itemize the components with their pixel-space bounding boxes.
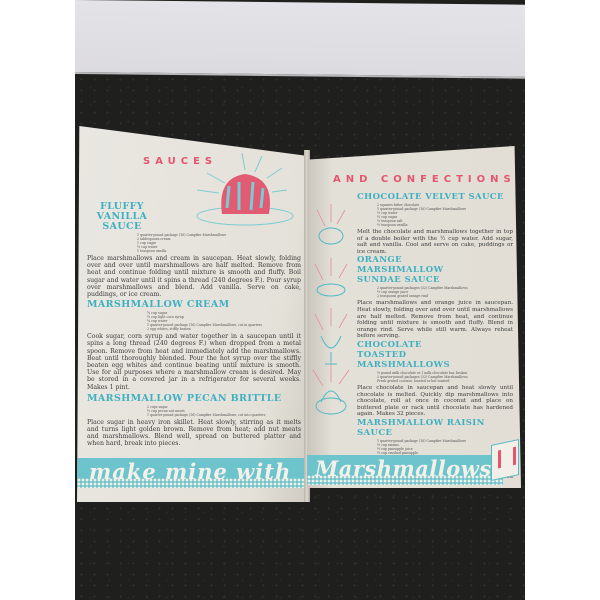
wall-background	[75, 0, 525, 79]
ingredient: 2 teaspoons grated orange rind	[377, 294, 513, 298]
recipe-marshmallow-cream: Marshmallow Cream ¾ cup sugar ½ cup ligh…	[87, 300, 301, 391]
ingredient-list: 2 cups sugar ½ cup pecan nut meats 1 qua…	[87, 405, 301, 417]
ingredient: 1 quarter-pound package (16) Campfire Ma…	[147, 413, 301, 417]
recipe-title: Fluffy Vanilla Sauce	[87, 202, 157, 232]
banner-make-mine-with: make mine with	[77, 458, 309, 488]
recipe-title: Orange Marshmallow Sundae Sauce	[357, 255, 467, 285]
banner-foam	[77, 478, 309, 488]
recipe-title: Chocolate Toasted Marshmallows	[357, 340, 467, 370]
recipe-fluffy-vanilla-sauce: Fluffy Vanilla Sauce 1 quarter-pound pac…	[87, 202, 301, 298]
recipe-title: Marshmallow Raisin Sauce	[357, 418, 513, 438]
recipe-chocolate-velvet-sauce: Chocolate Velvet Sauce 2 squares bitter …	[357, 192, 513, 255]
section-title-confections: AND CONFECTIONS	[333, 174, 516, 185]
ingredient: 1 teaspoon vanilla	[137, 249, 301, 253]
ingredient-list: 1 quarter-pound package (16) Campfire Ma…	[87, 233, 301, 253]
recipe-method: Melt the chocolate and marshmallows toge…	[357, 229, 513, 255]
recipe-method: Place marshmallows and orange juice in s…	[357, 300, 513, 340]
recipe-chocolate-toasted-marshmallows: Chocolate Toasted Marshmallows ½ pound m…	[357, 340, 513, 418]
ingredient-list: ½ pound milk chocolate or 1 milk chocola…	[357, 371, 513, 383]
recipe-orange-marshmallow-sundae-sauce: Orange Marshmallow Sundae Sauce 2 quarte…	[357, 255, 513, 340]
recipe-method: Place sugar in heavy iron skillet. Heat …	[87, 419, 301, 448]
ingredient: ½ teaspoon vanilla	[377, 223, 513, 227]
ingredient-list: ¾ cup sugar ½ cup light corn syrup ¼ cup…	[87, 311, 301, 331]
ingredient: 2 egg whites, stiffly beaten	[147, 327, 301, 331]
recipe-list-left: Fluffy Vanilla Sauce 1 quarter-pound pac…	[87, 202, 301, 448]
left-page: SAUCES Fluffy Vanilla Sauce 1 quarter-po…	[77, 126, 309, 502]
recipe-marshmallow-pecan-brittle: Marshmallow Pecan Brittle 2 cups sugar ½…	[87, 394, 301, 448]
banner-marshmallows: Marshmallows	[307, 455, 503, 485]
right-page: AND CONFECTIONS Chocolate Velvet Sauce 2…	[307, 146, 521, 488]
marshmallow-box-icon	[491, 439, 519, 481]
photo: SAUCES Fluffy Vanilla Sauce 1 quarter-po…	[75, 0, 525, 600]
ingredient-list: 2 squares bitter chocolate 1 quarter-pou…	[357, 203, 513, 227]
recipe-list-right: Chocolate Velvet Sauce 2 squares bitter …	[357, 192, 513, 487]
recipe-method: Place marshmallows and cream in saucepan…	[87, 255, 301, 298]
recipe-method: Cook sugar, corn syrup and water togethe…	[87, 333, 301, 391]
recipe-method: Place chocolate in saucepan and heat slo…	[357, 385, 513, 418]
ingredient: Fresh grated coconut, toasted or hot toa…	[377, 379, 513, 383]
recipe-title: Chocolate Velvet Sauce	[357, 192, 513, 202]
ingredient-list: 2 quarter-pound packages (32) Campfire M…	[357, 286, 513, 298]
banner-foam	[307, 475, 503, 485]
recipe-title: Marshmallow Pecan Brittle	[87, 394, 301, 404]
dessert-illustrations-icon	[309, 202, 353, 432]
recipe-title: Marshmallow Cream	[87, 300, 301, 310]
